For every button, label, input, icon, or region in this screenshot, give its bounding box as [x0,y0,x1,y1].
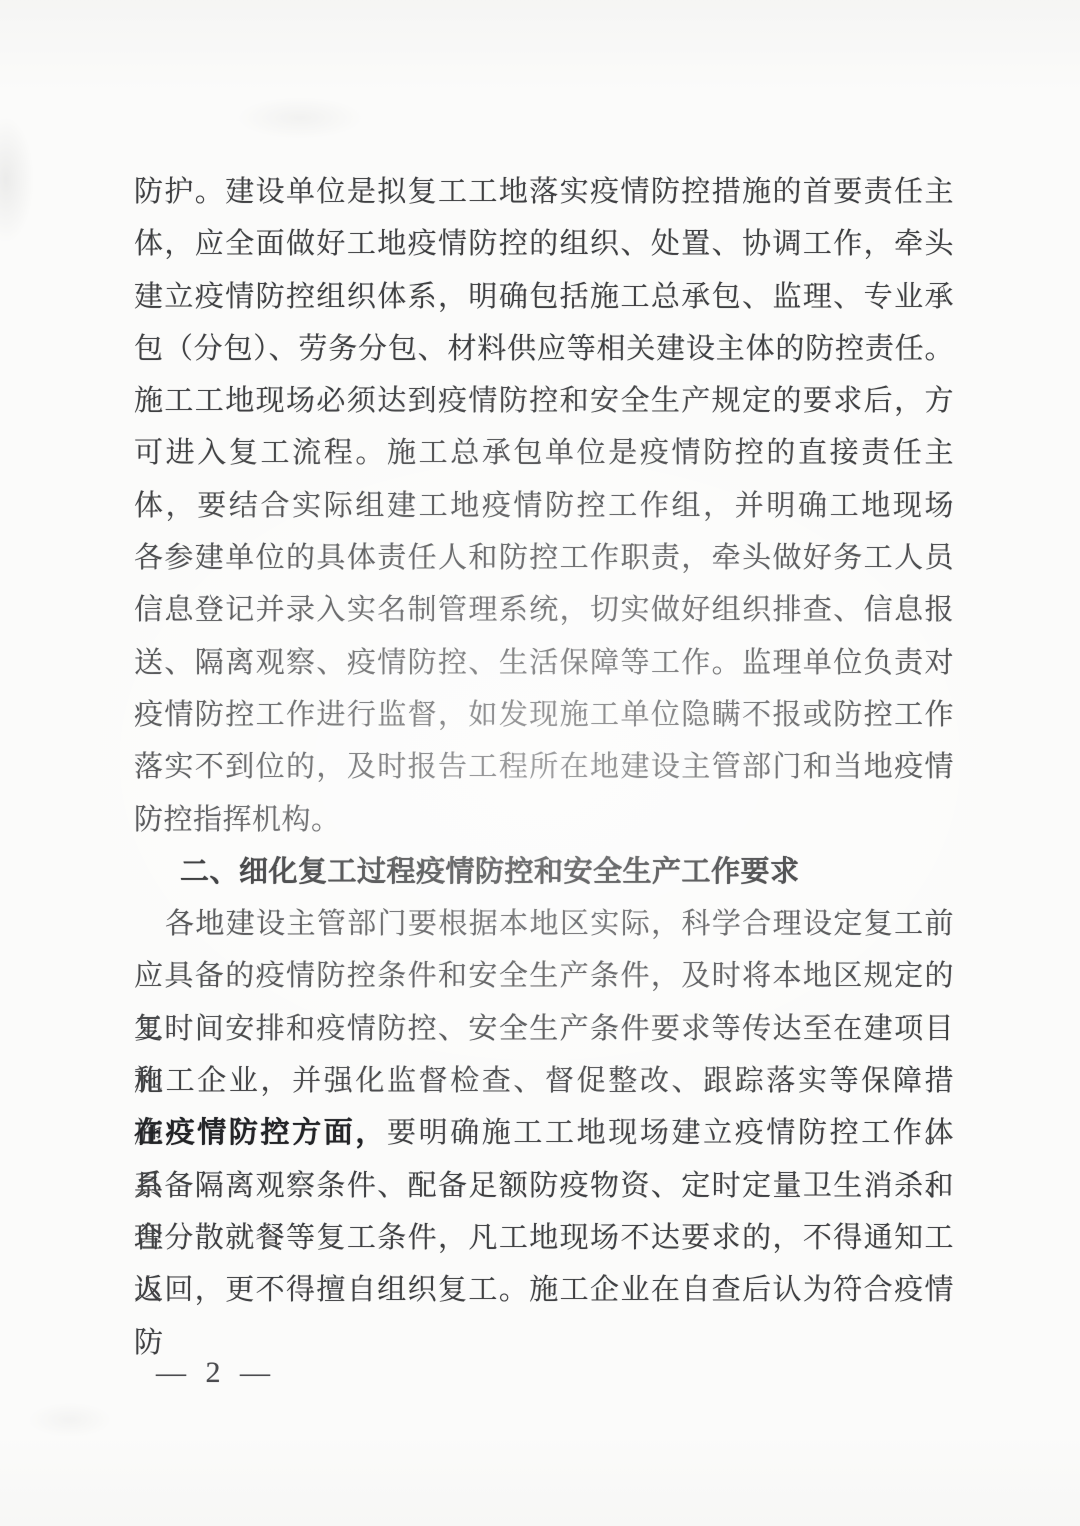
text-line: 可进入复工流程。施工总承包单位是疫情防控的直接责任主 [134,427,954,479]
text-line: 具备隔离观察条件、配备足额防疫物资、定时定量卫生消杀和合 [134,1160,954,1212]
text-line: 应具备的疫情防控条件和安全生产条件，及时将本地区规定的复 [134,950,954,1002]
text-line: 落实不到位的，及时报告工程所在地建设主管部门和当地疫情 [134,741,954,793]
text-line: 各参建单位的具体责任人和防控工作职责，牵头做好务工人员 [134,532,954,584]
text-line: 在疫情防控方面，要明确施工工地现场建立疫情防控工作体系、 [134,1107,954,1159]
text-line: 信息登记并录入实名制管理系统，切实做好组织排查、信息报 [134,584,954,636]
text-line: 建立疫情防控组织体系，明确包括施工总承包、监理、专业承 [134,271,954,323]
text-line: 防控指挥机构。 [134,794,954,846]
text-line: 体，要结合实际组建工地疫情防控工作组，并明确工地现场 [134,480,954,532]
text-line: 理分散就餐等复工条件，凡工地现场不达要求的，不得通知工人 [134,1212,954,1264]
text-line: 防护。建设单位是拟复工工地落实疫情防控措施的首要责任主 [134,166,954,218]
text-line: 体，应全面做好工地疫情防控的组织、处置、协调工作，牵头 [134,218,954,270]
text-line: 各地建设主管部门要根据本地区实际，科学合理设定复工前 [134,898,954,950]
document-page: 防护。建设单位是拟复工工地落实疫情防控措施的首要责任主体，应全面做好工地疫情防控… [0,0,1080,1526]
text-line: 施工企业，并强化监督检查、督促整改、跟踪落实等保障措施。 [134,1055,954,1107]
text-line: 返回，更不得擅自组织复工。施工企业在自查后认为符合疫情防 [134,1264,954,1316]
text-block: 防护。建设单位是拟复工工地落实疫情防控措施的首要责任主体，应全面做好工地疫情防控… [134,166,954,1317]
text-line: 工时间安排和疫情防控、安全生产条件要求等传达至在建项目和 [134,1003,954,1055]
text-line: 施工工地现场必须达到疫情防控和安全生产规定的要求后，方 [134,375,954,427]
section-heading: 二、细化复工过程疫情防控和安全生产工作要求 [134,846,954,898]
text-line: 包（分包）、劳务分包、材料供应等相关建设主体的防控责任。 [134,323,954,375]
text-line: 送、隔离观察、疫情防控、生活保障等工作。监理单位负责对 [134,637,954,689]
text-line: 疫情防控工作进行监督，如发现施工单位隐瞒不报或防控工作 [134,689,954,741]
page-number: — 2 — [156,1356,276,1390]
